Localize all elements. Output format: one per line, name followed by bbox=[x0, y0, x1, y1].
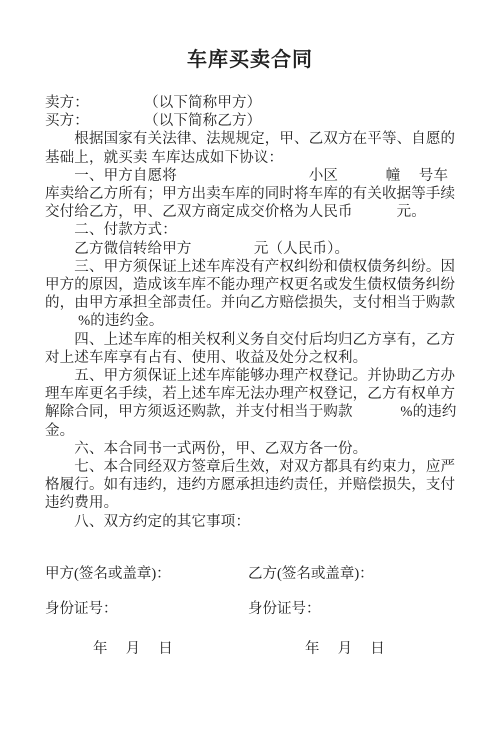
clause-4-line: 四、上述车库的相关权利义务自交付后均归乙方享有，乙方 bbox=[45, 331, 458, 349]
contract-body: 卖方： （以下简称甲方） 买方： （以下简称乙方） 根据国家有关法律、法规规定，… bbox=[45, 94, 458, 531]
party-a-sign-label: 甲方(签名或盖章)： bbox=[45, 565, 248, 583]
clause-7-line: 格履行。如有违约，违约方愿承担违约责任，并赔偿损失，支付 bbox=[45, 476, 458, 494]
clause-1-line: 交付给乙方，甲、乙双方商定成交价格为人民币 元。 bbox=[45, 203, 458, 221]
clause-5-line: 金。 bbox=[45, 422, 458, 440]
clause-3-line: 的，由甲方承担全部责任。并向乙方赔偿损失，支付相当于购款 bbox=[45, 294, 458, 312]
signature-block: 甲方(签名或盖章)： 乙方(签名或盖章)： 身份证号： 身份证号： 年 月 日 … bbox=[45, 565, 458, 659]
party-b-sign-label: 乙方(签名或盖章)： bbox=[248, 565, 374, 583]
id-number-row: 身份证号： 身份证号： bbox=[45, 600, 458, 618]
clause-5-line: 五、甲方须保证上述车库能够办理产权登记。并协助乙方办 bbox=[45, 367, 458, 385]
date-row: 年 月 日 年 月 日 bbox=[45, 640, 458, 658]
clause-1-line: 一、甲方自愿将 小区 幢 号车 bbox=[45, 167, 458, 185]
contract-page: 车库买卖合同 卖方： （以下简称甲方） 买方： （以下简称乙方） 根据国家有关法… bbox=[0, 0, 500, 732]
clause-3-line: %的违约金。 bbox=[45, 312, 458, 330]
seller-line: 卖方： （以下简称甲方） bbox=[45, 94, 458, 112]
party-a-id-label: 身份证号： bbox=[45, 600, 248, 618]
buyer-line: 买方： （以下简称乙方） bbox=[45, 112, 458, 130]
clause-2-line: 乙方微信转给甲方 元（人民币）。 bbox=[45, 240, 458, 258]
clause-1-line: 库卖给乙方所有；甲方出卖车库的同时将车库的有关收据等手续 bbox=[45, 185, 458, 203]
clause-7-line: 七、本合同经双方签章后生效，对双方都具有约束力，应严 bbox=[45, 458, 458, 476]
clause-7-line: 违约费用。 bbox=[45, 494, 458, 512]
clause-3-line: 三、甲方须保证上述车库没有产权纠纷和债权债务纠纷。因 bbox=[45, 258, 458, 276]
clause-8-line: 八、双方约定的其它事项： bbox=[45, 513, 458, 531]
party-b-id-label: 身份证号： bbox=[248, 600, 321, 618]
document-title: 车库买卖合同 bbox=[0, 48, 500, 72]
signature-row: 甲方(签名或盖章)： 乙方(签名或盖章)： bbox=[45, 565, 458, 583]
clause-3-line: 甲方的原因，造成该车库不能办理产权更名或发生债权债务纠纷 bbox=[45, 276, 458, 294]
clause-6-line: 六、本合同书一式两份，甲、乙双方各一份。 bbox=[45, 440, 458, 458]
clause-4-line: 对上述车库享有占有、使用、收益及处分之权利。 bbox=[45, 349, 458, 367]
clause-5-line: 理车库更名手续，若上述车库无法办理产权登记，乙方有权单方 bbox=[45, 385, 458, 403]
party-b-date-label: 年 月 日 bbox=[248, 640, 385, 658]
clause-2-line: 二、付款方式： bbox=[45, 221, 458, 239]
party-a-date-label: 年 月 日 bbox=[45, 640, 248, 658]
clause-5-line: 解除合同，甲方须返还购款，并支付相当于购款 %的违约 bbox=[45, 403, 458, 421]
preamble-line: 基础上，就买卖 车库达成如下协议： bbox=[45, 149, 458, 167]
preamble-line: 根据国家有关法律、法规规定，甲、乙双方在平等、自愿的 bbox=[45, 130, 458, 148]
